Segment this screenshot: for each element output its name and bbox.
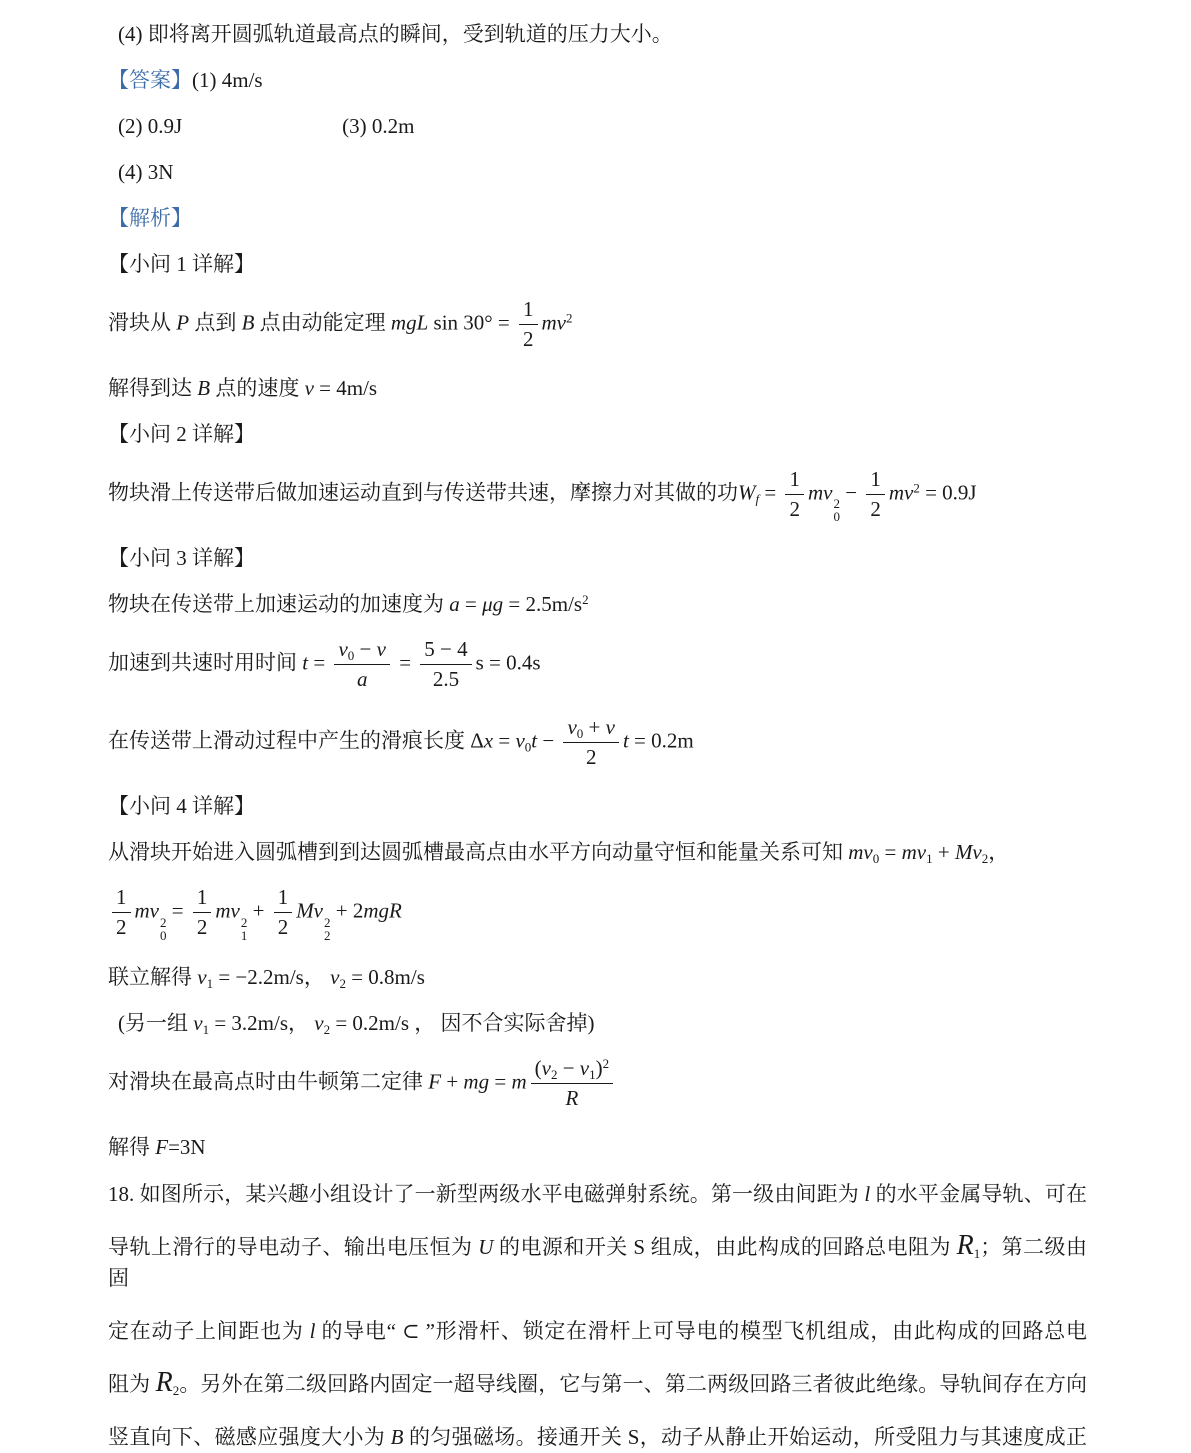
speed-at-b-result: 解得到达 B 点的速度 v = 4m/s [108,374,1087,403]
math-variable: B [391,1425,404,1449]
text-run: 的电源和开关 S 组成，由此构成的回路总电阻为 [493,1235,956,1259]
force-result-line: 解得 F=3N [108,1133,1087,1162]
answer-line-2-3: (2) 0.9J(3) 0.2m [108,112,1087,141]
math-roman: = [489,1069,511,1093]
math-roman: s = 0.4s [476,651,541,675]
math-variable: mv [808,480,833,504]
text-run: 联立解得 [108,965,197,989]
text-run: 【小问 3 详解】 [108,546,255,570]
slide-mark-length-equation: 在传送带上滑动过程中产生的滑痕长度 Δx = v0t − v0 + v2t = … [108,714,1087,771]
fraction-denominator: 2.5 [420,664,471,693]
text-run: (4) 即将离开圆弧轨道最高点的瞬间，受到轨道的压力大小。 [118,22,673,46]
text-run: 。另外在第二级回路内固定一超导线圈，它与第一、第二两级回路三者彼此绝缘。导轨间存… [179,1372,1087,1396]
text-run: (2) 0.9J [118,114,182,138]
fraction: v0 − va [334,636,390,693]
math-variable: W [738,480,756,504]
fraction-denominator: a [334,664,390,693]
momentum-conservation-line: 从滑块开始进入圆弧槽到到达圆弧槽最高点由水平方向动量守恒和能量关系可知 mv0 … [108,838,1087,867]
document-body: (4) 即将离开圆弧轨道最高点的瞬间，受到轨道的压力大小。【答案】(1) 4m/… [108,20,1087,1453]
section-label: 【答案】 [108,68,192,92]
math-roman: 1 [789,467,800,491]
text-run: ”形滑杆、锁定在滑杆上可导电的模型飞机组成，由此构成的回路总电 [420,1319,1087,1343]
text-run: 物块滑上传送带后做加速运动直到与传送带共速，摩擦力对其做的功 [108,480,738,504]
math-roman: + 2 [331,899,364,923]
math-variable: a [449,592,460,616]
math-roman: 1 [116,885,127,909]
fraction-denominator: 2 [274,912,293,941]
fraction-denominator: R [531,1083,614,1112]
subquestion-1-heading: 【小问 1 详解】 [108,250,1087,279]
math-variable: mv [848,840,873,864]
question-18-line-5: 竖直向下、磁感应强度大小为 B 的匀强磁场。接通开关 S，动子从静止开始运动，所… [108,1422,1087,1453]
question-18-line-2: 导轨上滑行的导电动子、输出电压恒为 U 的电源和开关 S 组成，由此构成的回路总… [108,1232,1087,1294]
stacked-subscript: 2 [324,929,331,942]
fraction-numerator: 5 − 4 [420,636,471,664]
question-18-line-4: 阻为 R2。另外在第二级回路内固定一超导线圈，它与第一、第二两级回路三者彼此绝缘… [108,1369,1087,1400]
subquestion-2-heading: 【小问 2 详解】 [108,420,1087,449]
time-to-common-speed-equation: 加速到共速时用时间 t = v0 − va = 5 − 42.5s = 0.4s [108,636,1087,693]
text-run: (另一组 [118,1011,193,1035]
math-variable: Mv [296,899,323,923]
math-variable: F [155,1135,168,1159]
math-roman: = 0.9J [920,480,977,504]
energy-conservation-equation: 12mv20 = 12mv21 + 12Mv22 + 2mgR [108,884,1087,941]
subquestion-4-heading: 【小问 4 详解】 [108,792,1087,821]
math-roman: = 0.8m/s [346,965,425,989]
math-variable: mg [463,1069,489,1093]
math-roman: = [167,899,189,923]
text-run: ， [988,840,1009,864]
question-18-line-1: 18. 如图所示，某兴趣小组设计了一新型两级水平电磁弹射系统。第一级由间距为 l… [108,1179,1087,1210]
solved-velocities-line: 联立解得 v1 = −2.2m/s， v2 = 0.8m/s [108,963,1087,992]
rejected-solution-note: (另一组 v1 = 3.2m/s， v2 = 0.2m/s ， 因不合实际舍掉) [108,1009,1087,1038]
math-variable: v [542,1056,551,1080]
text-run: (3) 0.2m [342,114,414,138]
document-page: (4) 即将离开圆弧轨道最高点的瞬间，受到轨道的压力大小。【答案】(1) 4m/… [0,0,1191,1453]
text-run: 滑块从 [108,310,176,334]
math-variable-large: R [156,1367,173,1398]
text-run: 的导电“ [315,1319,402,1343]
fraction: v0 + v2 [563,714,619,771]
math-variable: P [176,310,189,334]
text-run: 在传送带上滑动过程中产生的滑痕长度 [108,729,470,753]
section-label: 【解析】 [108,206,192,230]
stacked-subscript: 1 [241,929,248,942]
stacked-subscript: 0 [160,929,167,942]
math-variable: v [515,729,524,753]
math-roman: = −2.2m/s [213,965,304,989]
math-variable: F [428,1069,441,1093]
math-roman: = 0.2m/s [330,1011,409,1035]
fraction-numerator: 1 [112,884,131,912]
text-run: 从滑块开始进入圆弧槽到到达圆弧槽最高点由水平方向动量守恒和能量关系可知 [108,840,848,864]
math-variable: v [197,965,206,989]
text-run: 物块在传送带上加速运动的加速度为 [108,592,449,616]
text-run: 阻为 [108,1372,156,1396]
text-run: 点到 [189,310,242,334]
text-run: 【小问 4 详解】 [108,794,255,818]
fraction-denominator: 2 [785,494,804,523]
math-roman: 2 [116,915,127,939]
math-variable: v [567,715,576,739]
fraction-denominator: 2 [519,324,538,353]
math-roman: 2 [586,745,597,769]
math-roman: + [583,715,605,739]
fraction-numerator: (v2 − v1)2 [531,1055,614,1083]
text-run: 的匀强磁场。接通开关 S，动子从静止开始运动，所受阻力与其速度成正 [403,1425,1087,1449]
math-roman: = 2.5m/s [503,592,582,616]
fraction-numerator: 1 [785,466,804,494]
math-roman: = 3.2m/s [209,1011,288,1035]
fraction: 5 − 42.5 [420,636,471,693]
fraction: 12 [785,466,804,523]
math-variable: v [377,637,386,661]
fraction: 12 [112,884,131,941]
math-roman: = [394,651,416,675]
math-roman: = 4m/s [314,376,377,400]
math-roman: 1 [278,885,289,909]
math-roman: + [441,1069,463,1093]
problem-part-4-statement: (4) 即将离开圆弧轨道最高点的瞬间，受到轨道的压力大小。 [108,20,1087,49]
text-run: 定在动子上间距也为 [108,1319,310,1343]
math-variable: v [606,715,615,739]
math-variable: v [305,376,314,400]
math-roman: = [308,651,330,675]
math-variable: U [478,1235,493,1259]
subquestion-3-heading: 【小问 3 详解】 [108,544,1087,573]
math-roman: Δ [470,729,484,753]
math-roman: 1 [870,467,881,491]
math-roman: 2 [870,497,881,521]
math-variable: m [511,1069,526,1093]
math-roman: 2 [278,915,289,939]
math-variable: mv [135,899,160,923]
math-roman: =3N [168,1135,206,1159]
math-roman: + [247,899,269,923]
math-variable: v [193,1011,202,1035]
math-roman: − [840,480,862,504]
text-run: 点的速度 [210,376,305,400]
text-run: (1) 4m/s [192,68,263,92]
fraction-numerator: 1 [866,466,885,494]
fraction-numerator: v0 + v [563,714,619,742]
math-roman: ( [535,1056,542,1080]
math-roman: = 0.2m [629,729,694,753]
superscript: 2 [603,1056,610,1071]
math-variable: mgR [363,899,402,923]
text-run: 【小问 1 详解】 [108,252,255,276]
fraction: 12 [193,884,212,941]
math-roman: + [933,840,955,864]
math-roman: 1 [523,297,534,321]
math-variable: Mv [955,840,982,864]
math-roman: − [557,1056,579,1080]
math-variable: B [242,310,255,334]
fraction-denominator: 2 [866,494,885,523]
text-run: 点由动能定理 [254,310,391,334]
math-roman: 2 [789,497,800,521]
math-roman: = [493,729,515,753]
math-roman: sin 30° = [428,310,515,334]
math-roman: = [879,840,901,864]
text-run: ， 因不合实际舍掉) [409,1011,595,1035]
text-run: 【小问 2 详解】 [108,422,255,446]
fraction-denominator: 2 [563,742,619,771]
math-roman: = [460,592,482,616]
text-run: 解得到达 [108,376,197,400]
math-variable: v [314,1011,323,1035]
math-variable: v [580,1056,589,1080]
text-run: 竖直向下、磁感应强度大小为 [108,1425,391,1449]
math-roman: − [537,729,559,753]
math-roman: ⊂ [402,1319,420,1343]
analysis-label: 【解析】 [108,204,1087,233]
answer-line-4: (4) 3N [108,158,1087,187]
math-roman: 2 [523,327,534,351]
answer-line-1: 【答案】(1) 4m/s [108,66,1087,95]
text-run: 对滑块在最高点时由牛顿第二定律 [108,1069,428,1093]
text-run: 解得 [108,1135,155,1159]
fraction-numerator: 1 [193,884,212,912]
text-run: 加速到共速时用时间 [108,651,302,675]
math-variable: a [357,667,368,691]
text-run: 的水平金属导轨、可在 [870,1182,1087,1206]
question-18-line-3: 定在动子上间距也为 l 的导电“ ⊂ ”形滑杆、锁定在滑杆上可导电的模型飞机组成… [108,1316,1087,1347]
math-variable: mv [889,480,914,504]
math-variable: mgL [391,310,428,334]
superscript: 2 [582,592,589,607]
fraction: 12 [274,884,293,941]
fraction-denominator: 2 [193,912,212,941]
math-variable: μg [482,592,503,616]
math-variable: x [484,729,493,753]
fraction-numerator: v0 − v [334,636,390,664]
superscript: 2 [566,310,573,325]
text-run: 导轨上滑行的导电动子、输出电压恒为 [108,1235,478,1259]
math-variable: mv [542,310,567,334]
text-run: (4) 3N [118,160,173,184]
math-roman: 2 [197,915,208,939]
fraction: 12 [519,296,538,353]
math-variable: mv [215,899,240,923]
math-roman: 2.5 [433,667,459,691]
text-run: ， [288,1011,314,1035]
newton-second-law-equation: 对滑块在最高点时由牛顿第二定律 F + mg = m(v2 − v1)2R [108,1055,1087,1112]
fraction: 12 [866,466,885,523]
math-roman: − [354,637,376,661]
text-run: ， [304,965,330,989]
math-variable: v [338,637,347,661]
math-variable-large: R [957,1230,974,1261]
math-variable: R [565,1086,578,1110]
kinetic-energy-theorem-equation: 滑块从 P 点到 B 点由动能定理 mgL sin 30° = 12mv2 [108,296,1087,353]
friction-work-equation: 物块滑上传送带后做加速运动直到与传送带共速，摩擦力对其做的功Wf = 12mv2… [108,466,1087,523]
math-variable: B [197,376,210,400]
math-roman: 5 − 4 [424,637,467,661]
acceleration-equation: 物块在传送带上加速运动的加速度为 a = μg = 2.5m/s2 [108,590,1087,619]
math-roman: ) [596,1056,603,1080]
fraction-numerator: 1 [519,296,538,324]
text-run: 18. 如图所示，某兴趣小组设计了一新型两级水平电磁弹射系统。第一级由间距为 [108,1182,864,1206]
math-variable: mv [902,840,927,864]
fraction: (v2 − v1)2R [531,1055,614,1112]
fraction-denominator: 2 [112,912,131,941]
fraction-numerator: 1 [274,884,293,912]
stacked-subscript: 0 [833,510,840,523]
math-roman: 1 [197,885,208,909]
math-roman: = [759,480,781,504]
